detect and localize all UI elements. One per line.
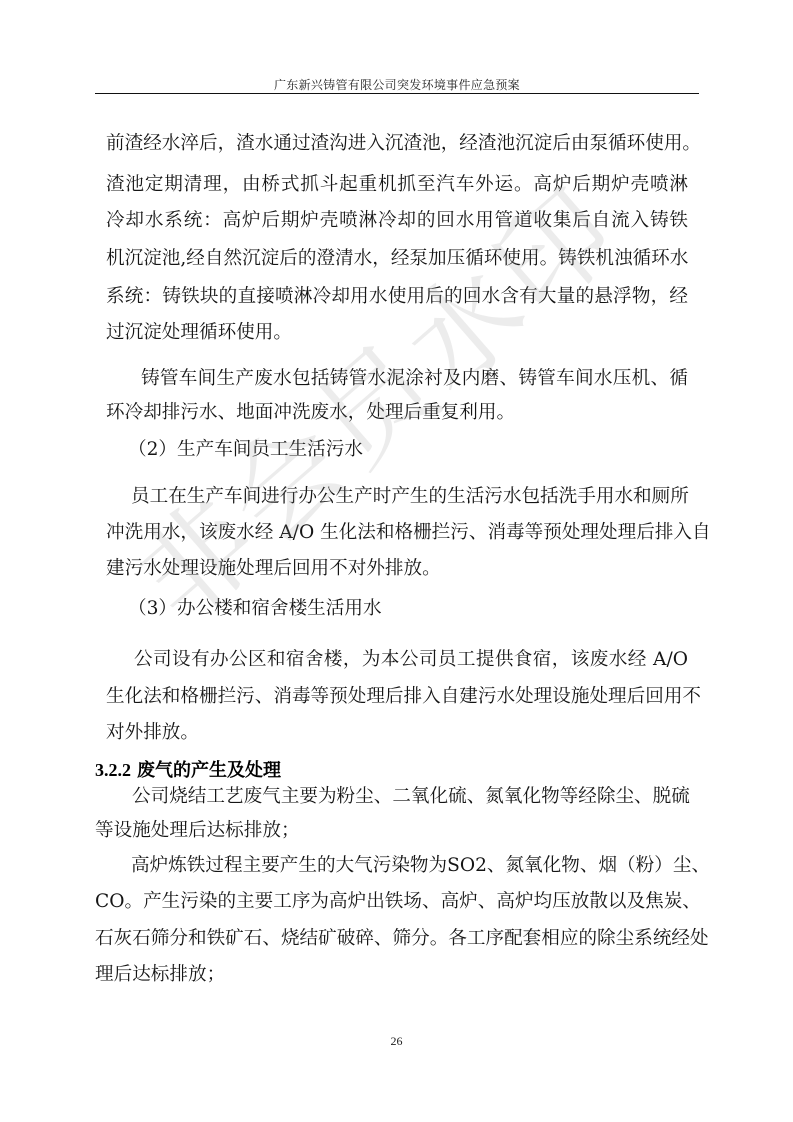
page-number: 26 bbox=[0, 1034, 793, 1049]
subheading-domestic-sewage: （2）生产车间员工生活污水 bbox=[128, 439, 363, 461]
paragraph-line: 公司烧结工艺废气主要为粉尘、二氧化硫、氮氧化物等经除尘、脱硫 bbox=[132, 786, 688, 808]
paragraph-line: 渣池定期清理，由桥式抓斗起重机抓至汽车外运。高炉后期炉壳喷淋 bbox=[106, 174, 688, 196]
paragraph-line: 员工在生产车间进行办公生产时产生的生活污水包括洗手用水和厕所 bbox=[131, 486, 688, 508]
paragraph-line: 等设施处理后达标排放； bbox=[95, 820, 300, 842]
section-title: 废气的产生及处理 bbox=[137, 760, 281, 781]
subheading-office-dorm-water: （3）办公楼和宿舍楼生活用水 bbox=[128, 598, 382, 620]
paragraph-line: 建污水处理设施处理后回用不对外排放。 bbox=[106, 558, 441, 580]
paragraph-line: 冷却水系统：高炉后期炉壳喷淋冷却的回水用管道收集后自流入铸铁 bbox=[106, 210, 688, 232]
section-heading-3-2-2: 3.2.2废气的产生及处理 bbox=[95, 759, 281, 782]
section-number: 3.2.2 bbox=[95, 760, 131, 780]
paragraph-line: 冲洗用水，该废水经 A/O 生化法和格栅拦污、消毒等预处理处理后排入自 bbox=[106, 522, 688, 544]
paragraph-line: 理后达标排放； bbox=[95, 964, 225, 986]
paragraph-line: 系统：铸铁块的直接喷淋冷却用水使用后的回水含有大量的悬浮物，经 bbox=[106, 286, 688, 308]
paragraph-line: 对外排放。 bbox=[106, 722, 199, 744]
paragraph-line: 机沉淀池,经自然沉淀后的澄清水，经泵加压循环使用。铸铁机浊循环水 bbox=[106, 248, 688, 270]
paragraph-line: CO。产生污染的主要工序为高炉出铁场、高炉、高炉均压放散以及焦炭、 bbox=[95, 891, 698, 913]
paragraph-line: 铸管车间生产废水包括铸管水泥涂衬及内磨、铸管车间水压机、循 bbox=[141, 368, 688, 390]
paragraph-line: 高炉炼铁过程主要产生的大气污染物为SO2、氮氧化物、烟（粉）尘、 bbox=[131, 855, 698, 877]
paragraph-line: 生化法和格栅拦污、消毒等预处理后排入自建污水处理设施处理后回用不 bbox=[106, 686, 688, 708]
paragraph-line: 公司设有办公区和宿舍楼，为本公司员工提供食宿，该废水经 A/O bbox=[134, 649, 688, 671]
header-divider bbox=[95, 93, 699, 94]
paragraph-line: 前渣经水淬后，渣水通过渣沟进入沉渣池，经渣池沉淀后由泵循环使用。 bbox=[106, 133, 688, 155]
paragraph-line: 环冷却排污水、地面冲洗废水，处理后重复利用。 bbox=[106, 402, 515, 424]
paragraph-line: 石灰石筛分和铁矿石、烧结矿破碎、筛分。各工序配套相应的除尘系统经处 bbox=[95, 928, 698, 950]
page-header-title: 广东新兴铸管有限公司突发环境事件应急预案 bbox=[95, 76, 699, 93]
paragraph-line: 过沉淀处理循环使用。 bbox=[106, 322, 292, 344]
